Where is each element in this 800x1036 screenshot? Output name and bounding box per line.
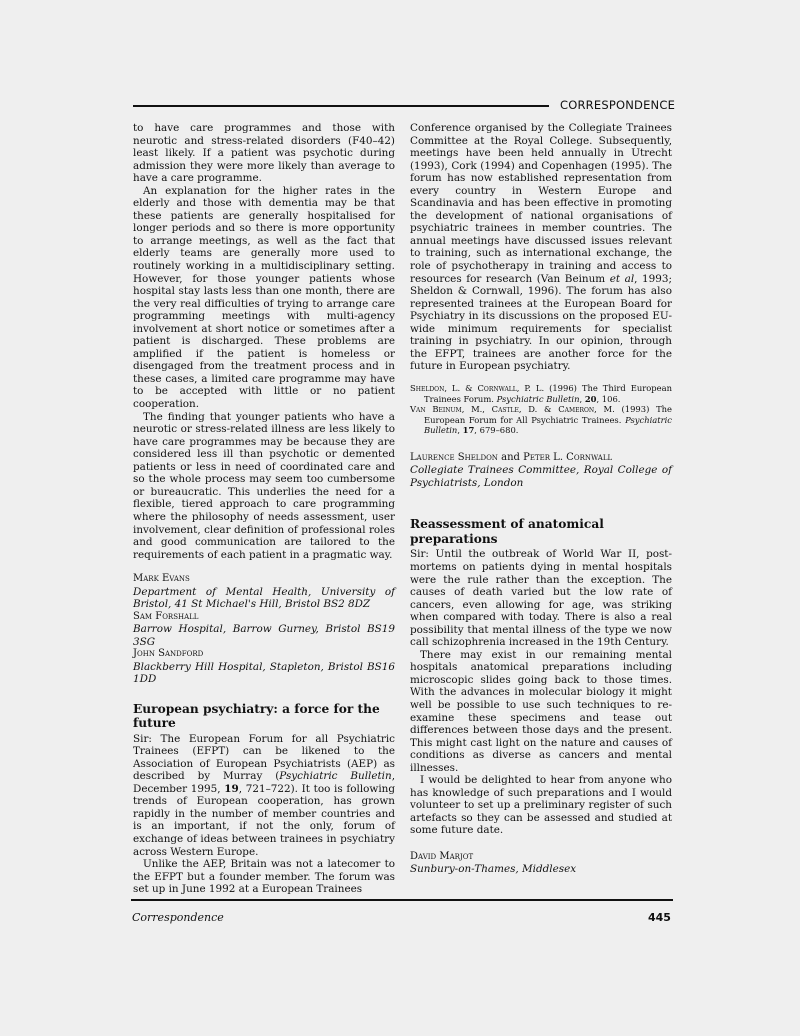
footer-section: Correspondence	[132, 911, 224, 924]
letter-title: European psychiatry: a force for the fut…	[133, 702, 395, 731]
left-column: to have care programmes and those with n…	[133, 122, 395, 896]
signature-block: Laurence Sheldon and Peter L. Cornwall C…	[410, 452, 672, 490]
author-names: Laurence Sheldon and Peter L. Cornwall	[410, 452, 672, 465]
signature-block: David Marjot Sunbury-on-Thames, Middlese…	[410, 851, 672, 876]
reference-item: Sheldon, L. & Cornwall, P. L. (1996) The…	[410, 383, 672, 404]
signature-block: Mark Evans Department of Mental Health, …	[133, 573, 395, 686]
author-affiliation: Sunbury-on-Thames, Middlesex	[410, 863, 672, 876]
reference-item: Van Beinum, M., Castle, D. & Cameron, M.…	[410, 404, 672, 436]
author-name: John Sandford	[133, 648, 395, 661]
paragraph: Conference organised by the Collegiate T…	[410, 122, 672, 373]
right-column: Conference organised by the Collegiate T…	[410, 122, 672, 876]
running-header: CORRESPONDENCE	[560, 98, 675, 112]
header-rule	[133, 105, 549, 107]
paragraph: An explanation for the higher rates in t…	[133, 185, 395, 411]
paragraph: Unlike the AEP, Britain was not a lateco…	[133, 858, 395, 896]
page-number: 445	[648, 911, 671, 924]
footer-rule	[131, 899, 673, 901]
reference-list: Sheldon, L. & Cornwall, P. L. (1996) The…	[410, 383, 672, 436]
author-name: Sam Forshall	[133, 611, 395, 624]
paragraph: The finding that younger patients who ha…	[133, 411, 395, 562]
author-name: David Marjot	[410, 851, 672, 864]
paragraph: There may exist in our remaining mental …	[410, 649, 672, 774]
paragraph: to have care programmes and those with n…	[133, 122, 395, 185]
author-name: Mark Evans	[133, 573, 395, 586]
letter-title: Reassessment of anatomical preparations	[410, 517, 672, 546]
author-affiliation: Collegiate Trainees Committee, Royal Col…	[410, 464, 672, 489]
author-affiliation: Barrow Hospital, Barrow Gurney, Bristol …	[133, 623, 395, 648]
paragraph: I would be delighted to hear from anyone…	[410, 774, 672, 837]
author-affiliation: Department of Mental Health, University …	[133, 586, 395, 611]
journal-page: CORRESPONDENCE to have care programmes a…	[0, 0, 800, 1036]
paragraph: Sir: The European Forum for all Psychiat…	[133, 733, 395, 858]
paragraph: Sir: Until the outbreak of World War II,…	[410, 548, 672, 648]
author-affiliation: Blackberry Hill Hospital, Stapleton, Bri…	[133, 661, 395, 686]
